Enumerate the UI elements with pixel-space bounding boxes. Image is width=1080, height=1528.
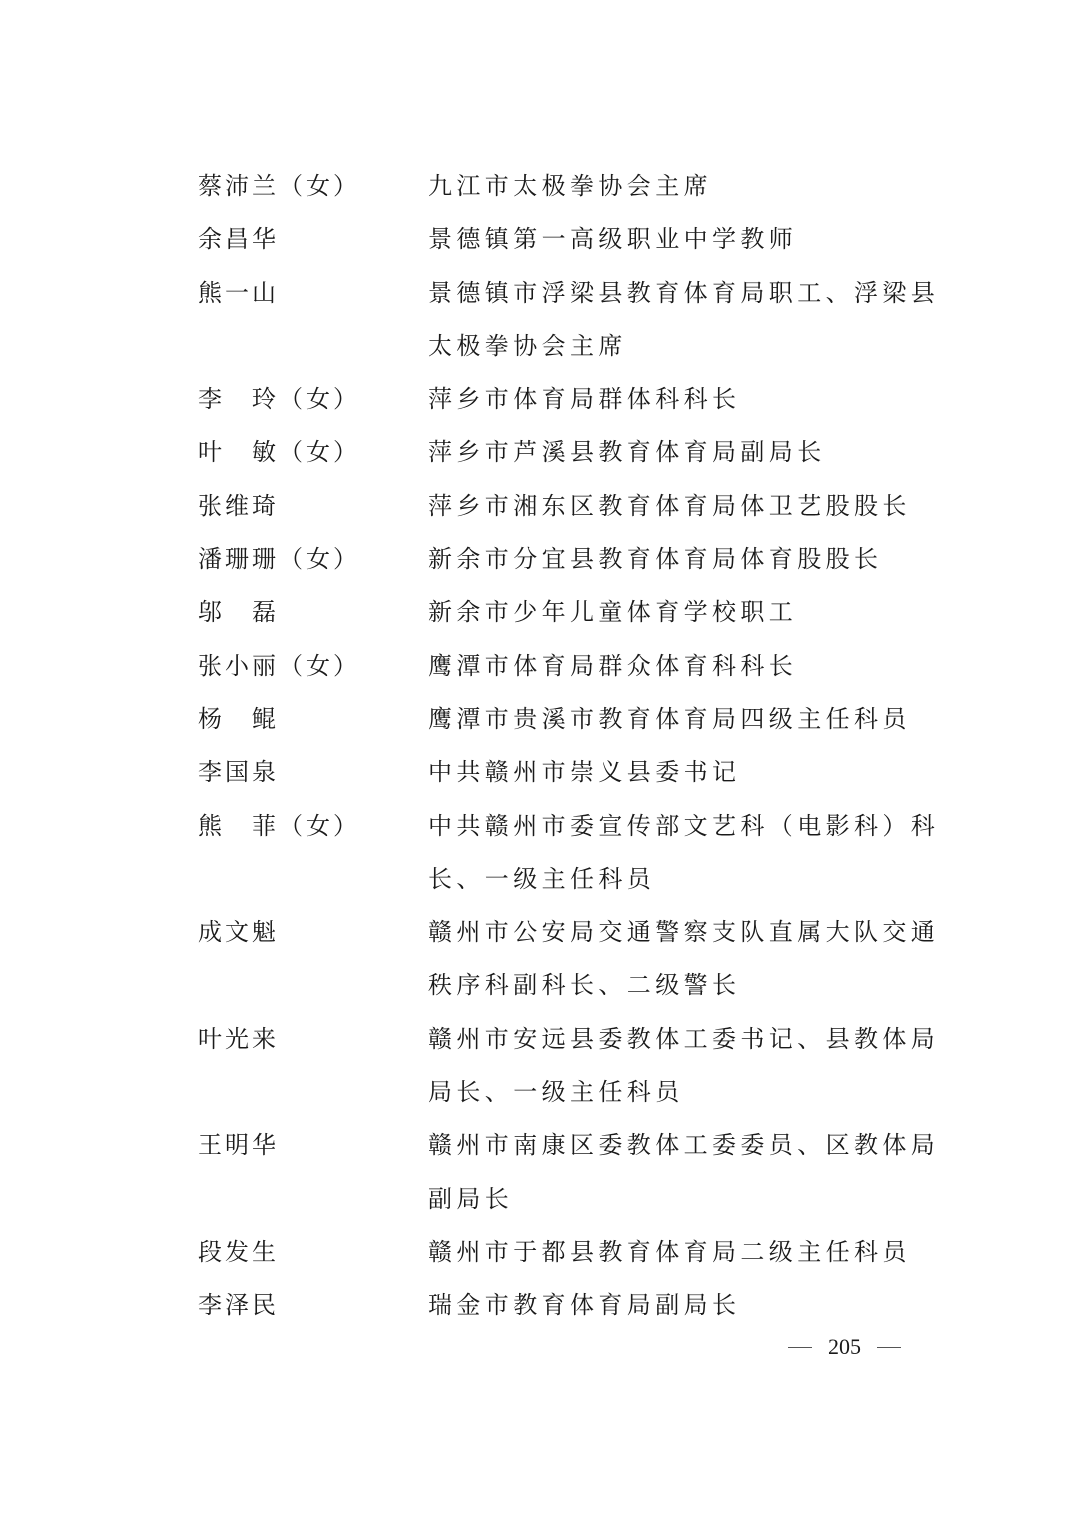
list-item: 李国泉 中共赣州市崇义县委书记 xyxy=(198,746,943,799)
person-name: 熊一山 xyxy=(198,267,428,320)
title-line: 瑞金市教育体育局副局长 xyxy=(428,1279,943,1332)
list-item: 潘珊珊（女） 新余市分宜县教育体育局体育股股长 xyxy=(198,533,943,586)
title-line: 中共赣州市委宣传部文艺科（电影科）科 xyxy=(428,800,943,853)
person-name: 余昌华 xyxy=(198,213,428,266)
list-item: 张小丽（女） 鹰潭市体育局群众体育科科长 xyxy=(198,640,943,693)
list-item: 邬 磊 新余市少年儿童体育学校职工 xyxy=(198,586,943,639)
person-title: 鹰潭市体育局群众体育科科长 xyxy=(428,640,943,693)
name-list: 蔡沛兰（女） 九江市太极拳协会主席 余昌华 景德镇第一高级职业中学教师 熊一山 … xyxy=(198,160,943,1333)
person-title: 赣州市南康区委教体工委委员、区教体局 副局长 xyxy=(428,1119,943,1226)
title-line: 赣州市于都县教育体育局二级主任科员 xyxy=(428,1226,943,1279)
person-title: 鹰潭市贵溪市教育体育局四级主任科员 xyxy=(428,693,943,746)
person-title: 赣州市于都县教育体育局二级主任科员 xyxy=(428,1226,943,1279)
title-line: 萍乡市体育局群体科科长 xyxy=(428,373,943,426)
title-line: 副局长 xyxy=(428,1173,943,1226)
dash-right xyxy=(877,1347,901,1348)
person-title: 新余市分宜县教育体育局体育股股长 xyxy=(428,533,943,586)
person-name: 李 玲（女） xyxy=(198,373,428,426)
person-title: 萍乡市体育局群体科科长 xyxy=(428,373,943,426)
list-item: 李 玲（女） 萍乡市体育局群体科科长 xyxy=(198,373,943,426)
document-page: 蔡沛兰（女） 九江市太极拳协会主席 余昌华 景德镇第一高级职业中学教师 熊一山 … xyxy=(0,0,1080,1528)
title-line: 赣州市公安局交通警察支队直属大队交通 xyxy=(428,906,943,959)
person-name: 张维琦 xyxy=(198,480,428,533)
list-item: 熊 菲（女） 中共赣州市委宣传部文艺科（电影科）科 长、一级主任科员 xyxy=(198,800,943,907)
title-line: 中共赣州市崇义县委书记 xyxy=(428,746,943,799)
person-name: 熊 菲（女） xyxy=(198,800,428,853)
person-name: 张小丽（女） xyxy=(198,640,428,693)
title-line: 新余市分宜县教育体育局体育股股长 xyxy=(428,533,943,586)
person-name: 叶 敏（女） xyxy=(198,426,428,479)
list-item: 张维琦 萍乡市湘东区教育体育局体卫艺股股长 xyxy=(198,480,943,533)
person-name: 蔡沛兰（女） xyxy=(198,160,428,213)
person-title: 中共赣州市委宣传部文艺科（电影科）科 长、一级主任科员 xyxy=(428,800,943,907)
person-name: 邬 磊 xyxy=(198,586,428,639)
person-name: 杨 鲲 xyxy=(198,693,428,746)
list-item: 杨 鲲 鹰潭市贵溪市教育体育局四级主任科员 xyxy=(198,693,943,746)
list-item: 叶 敏（女） 萍乡市芦溪县教育体育局副局长 xyxy=(198,426,943,479)
page-number-value: 205 xyxy=(828,1334,861,1360)
title-line: 九江市太极拳协会主席 xyxy=(428,160,943,213)
person-name: 李泽民 xyxy=(198,1279,428,1332)
title-line: 赣州市南康区委教体工委委员、区教体局 xyxy=(428,1119,943,1172)
title-line: 景德镇市浮梁县教育体育局职工、浮梁县 xyxy=(428,267,943,320)
person-title: 中共赣州市崇义县委书记 xyxy=(428,746,943,799)
title-line: 鹰潭市体育局群众体育科科长 xyxy=(428,640,943,693)
title-line: 长、一级主任科员 xyxy=(428,853,943,906)
person-name: 叶光来 xyxy=(198,1013,428,1066)
dash-left xyxy=(788,1347,812,1348)
title-line: 太极拳协会主席 xyxy=(428,320,943,373)
title-line: 萍乡市芦溪县教育体育局副局长 xyxy=(428,426,943,479)
title-line: 景德镇第一高级职业中学教师 xyxy=(428,213,943,266)
person-title: 瑞金市教育体育局副局长 xyxy=(428,1279,943,1332)
person-title: 景德镇第一高级职业中学教师 xyxy=(428,213,943,266)
list-item: 李泽民 瑞金市教育体育局副局长 xyxy=(198,1279,943,1332)
person-name: 段发生 xyxy=(198,1226,428,1279)
person-name: 李国泉 xyxy=(198,746,428,799)
person-name: 潘珊珊（女） xyxy=(198,533,428,586)
title-line: 秩序科副科长、二级警长 xyxy=(428,959,943,1012)
person-title: 赣州市安远县委教体工委书记、县教体局 局长、一级主任科员 xyxy=(428,1013,943,1120)
list-item: 熊一山 景德镇市浮梁县教育体育局职工、浮梁县 太极拳协会主席 xyxy=(198,267,943,374)
title-line: 赣州市安远县委教体工委书记、县教体局 xyxy=(428,1013,943,1066)
list-item: 王明华 赣州市南康区委教体工委委员、区教体局 副局长 xyxy=(198,1119,943,1226)
list-item: 蔡沛兰（女） 九江市太极拳协会主席 xyxy=(198,160,943,213)
title-line: 局长、一级主任科员 xyxy=(428,1066,943,1119)
person-name: 王明华 xyxy=(198,1119,428,1172)
title-line: 萍乡市湘东区教育体育局体卫艺股股长 xyxy=(428,480,943,533)
title-line: 鹰潭市贵溪市教育体育局四级主任科员 xyxy=(428,693,943,746)
list-item: 段发生 赣州市于都县教育体育局二级主任科员 xyxy=(198,1226,943,1279)
title-line: 新余市少年儿童体育学校职工 xyxy=(428,586,943,639)
person-name: 成文魁 xyxy=(198,906,428,959)
person-title: 萍乡市湘东区教育体育局体卫艺股股长 xyxy=(428,480,943,533)
person-title: 九江市太极拳协会主席 xyxy=(428,160,943,213)
list-item: 余昌华 景德镇第一高级职业中学教师 xyxy=(198,213,943,266)
person-title: 景德镇市浮梁县教育体育局职工、浮梁县 太极拳协会主席 xyxy=(428,267,943,374)
list-item: 成文魁 赣州市公安局交通警察支队直属大队交通 秩序科副科长、二级警长 xyxy=(198,906,943,1013)
person-title: 赣州市公安局交通警察支队直属大队交通 秩序科副科长、二级警长 xyxy=(428,906,943,1013)
page-number: 205 xyxy=(788,1334,901,1360)
person-title: 新余市少年儿童体育学校职工 xyxy=(428,586,943,639)
list-item: 叶光来 赣州市安远县委教体工委书记、县教体局 局长、一级主任科员 xyxy=(198,1013,943,1120)
person-title: 萍乡市芦溪县教育体育局副局长 xyxy=(428,426,943,479)
